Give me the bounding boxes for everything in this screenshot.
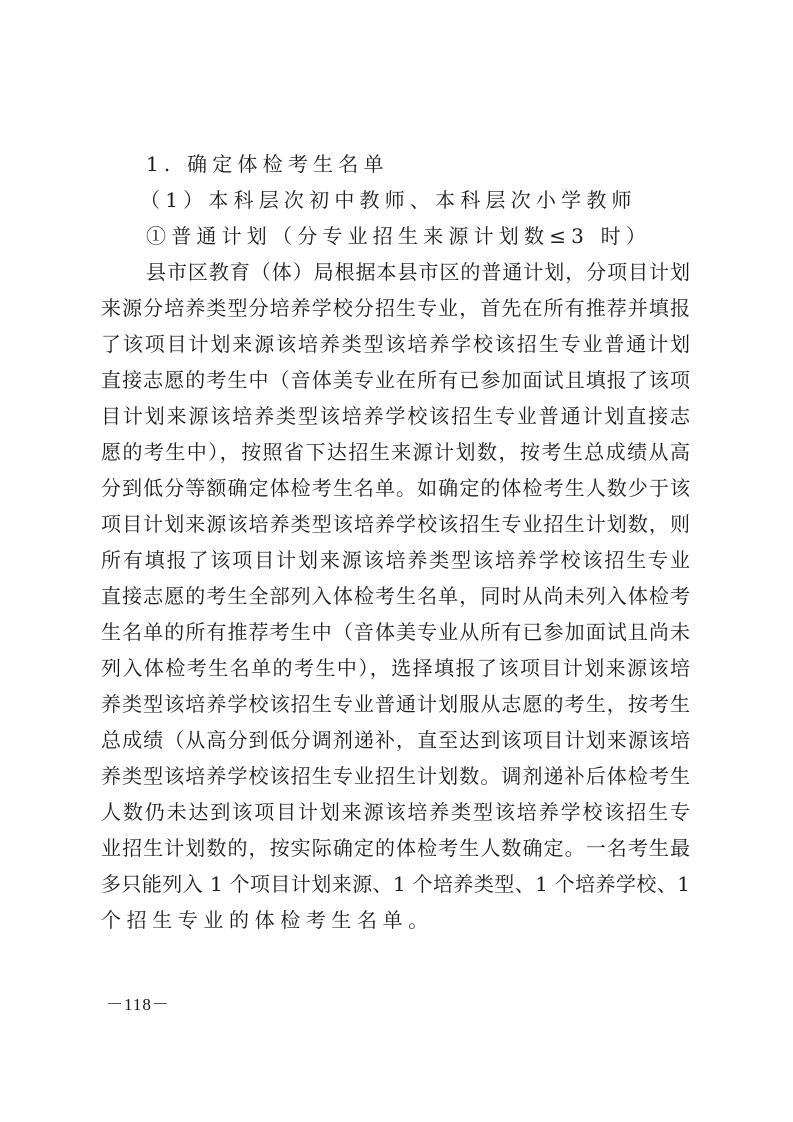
paragraph-line: 养类型该培养学校该招生专业普通计划服从志愿的考生，按考生: [101, 686, 690, 722]
paragraph-line: 养类型该培养学校该招生专业招生计划数。调剂递补后体检考生: [101, 758, 690, 794]
section-heading: 1. 确定体检考生名单: [146, 146, 690, 182]
sub-subsection-heading: ①普通计划（分专业招生来源计划数≤3 时）: [146, 218, 690, 254]
paragraph-line: 个招生专业的体检考生名单。: [101, 902, 690, 938]
paragraph-line: 县市区教育（体）局根据本县市区的普通计划，分项目计划: [146, 254, 690, 290]
paragraph-line: 分到低分等额确定体检考生名单。如确定的体检考生人数少于该: [101, 470, 690, 506]
page-number: －118－: [106, 993, 170, 1017]
paragraph-line: 目计划来源该培养类型该培养学校该招生专业普通计划直接志: [101, 398, 690, 434]
paragraph-line: 来源分培养类型分培养学校分招生专业，首先在所有推荐并填报: [101, 290, 690, 326]
paragraph-line: 人数仍未达到该项目计划来源该培养类型该培养学校该招生专: [101, 794, 690, 830]
paragraph-line: 列入体检考生名单的考生中），选择填报了该项目计划来源该培: [101, 650, 690, 686]
paragraph-line: 总成绩（从高分到低分调剂递补，直至达到该项目计划来源该培: [101, 722, 690, 758]
paragraph-line: 直接志愿的考生全部列入体检考生名单，同时从尚未列入体检考: [101, 578, 690, 614]
paragraph-line: 项目计划来源该培养类型该培养学校该招生专业招生计划数，则: [101, 506, 690, 542]
paragraph-line: 多只能列入 1 个项目计划来源、1 个培养类型、1 个培养学校、1: [101, 866, 690, 902]
paragraph-line: 直接志愿的考生中（音体美专业在所有已参加面试且填报了该项: [101, 362, 690, 398]
document-page: 1. 确定体检考生名单 （1）本科层次初中教师、本科层次小学教师 ①普通计划（分…: [0, 0, 793, 1122]
paragraph-line: 生名单的所有推荐考生中（音体美专业从所有已参加面试且尚未: [101, 614, 690, 650]
subsection-heading: （1）本科层次初中教师、本科层次小学教师: [140, 182, 684, 218]
paragraph-line: 了该项目计划来源该培养类型该培养学校该招生专业普通计划: [101, 326, 690, 362]
paragraph-line: 愿的考生中），按照省下达招生来源计划数，按考生总成绩从高: [101, 434, 690, 470]
paragraph-line: 业招生计划数的，按实际确定的体检考生人数确定。一名考生最: [101, 830, 690, 866]
paragraph-line: 所有填报了该项目计划来源该培养类型该培养学校该招生专业: [101, 542, 690, 578]
